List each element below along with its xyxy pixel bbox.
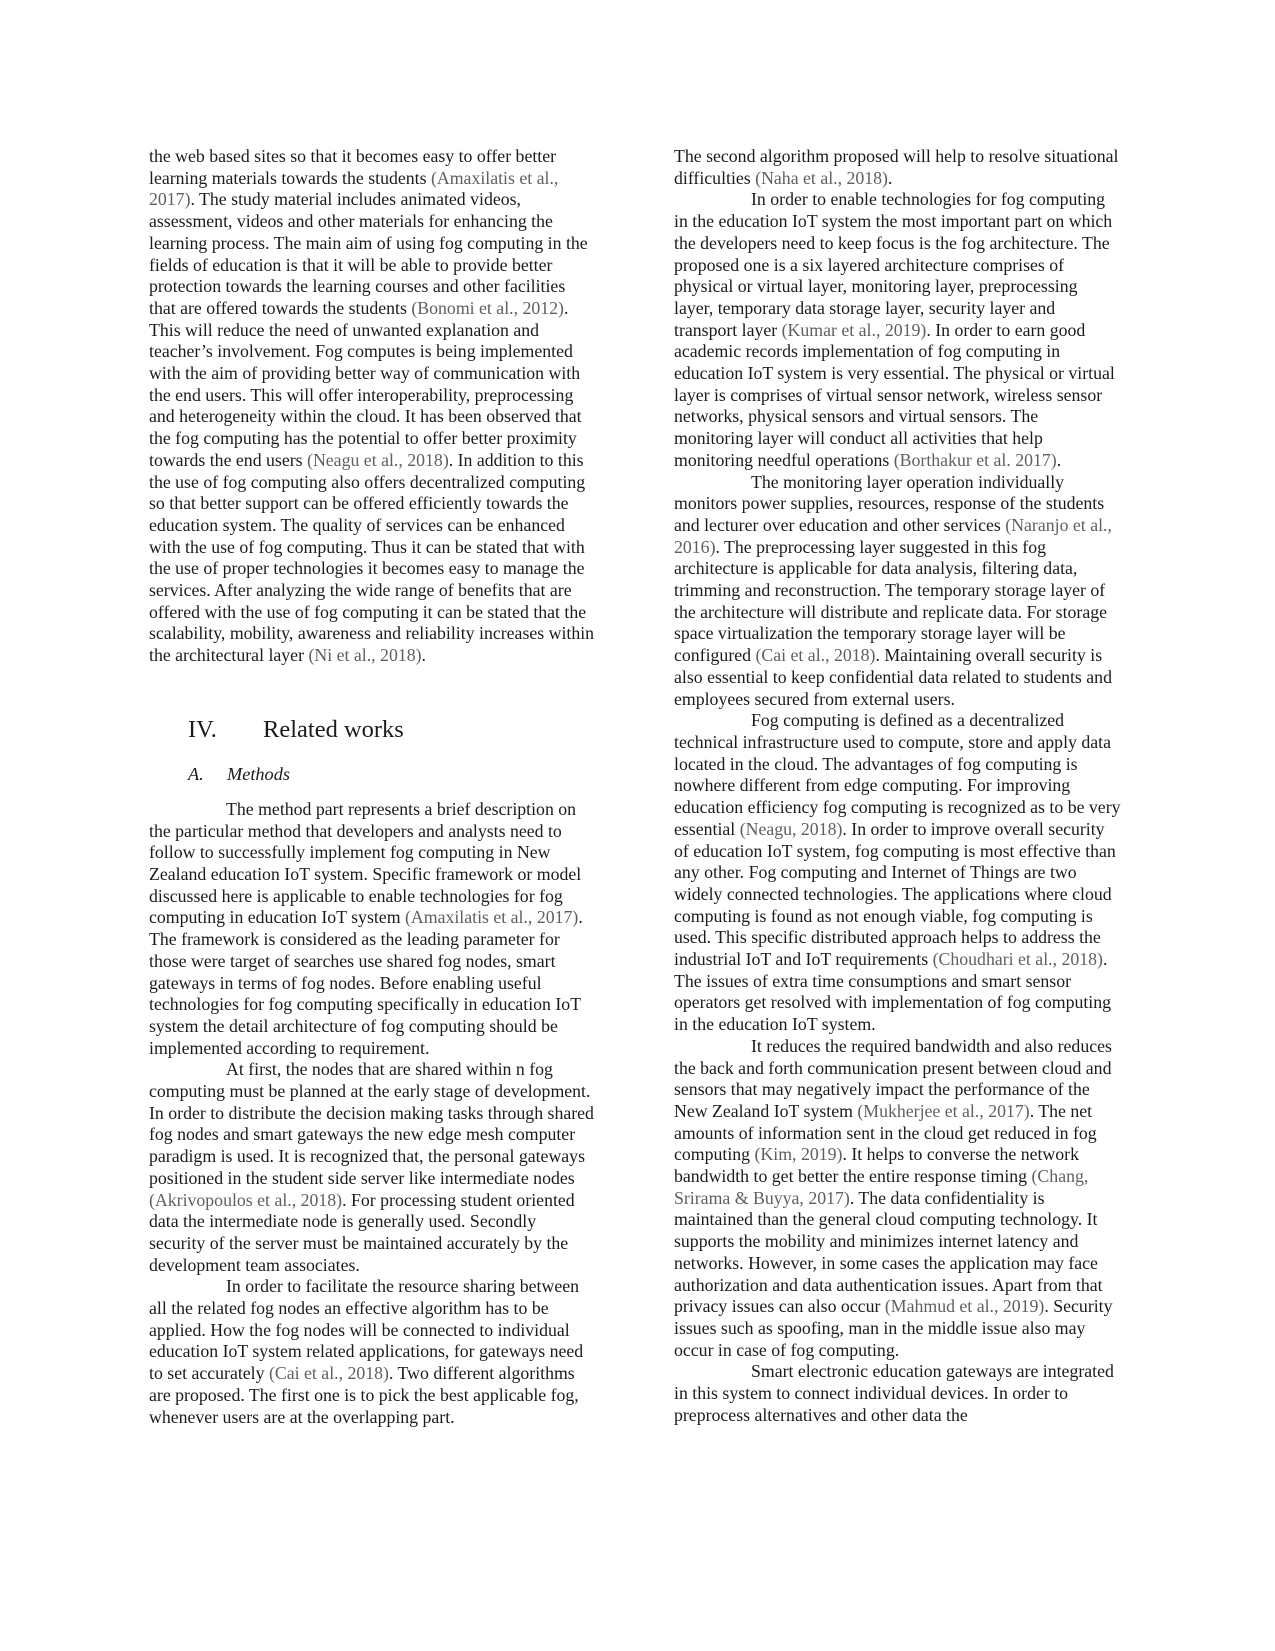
citation-link[interactable]: (Ni et al., 2018)	[308, 645, 421, 665]
paragraph: Fog computing is defined as a decentrali…	[674, 710, 1121, 1036]
text-run: .	[422, 645, 426, 665]
citation-link[interactable]: (Kumar et al., 2019)	[782, 320, 927, 340]
paragraph: In order to enable technologies for fog …	[674, 189, 1121, 471]
text-run: . In order to earn good academic records…	[674, 320, 1115, 470]
paragraph: The monitoring layer operation individua…	[674, 472, 1121, 711]
text-run: The second algorithm proposed will help …	[674, 146, 1118, 188]
citation-link[interactable]: (Cai et al., 2018)	[755, 645, 875, 665]
text-run: . In addition to this the use of fog com…	[149, 450, 594, 665]
left-column: the web based sites so that it becomes e…	[149, 146, 596, 1428]
citation-link[interactable]: (Borthakur et al. 2017)	[894, 450, 1057, 470]
citation-link[interactable]: (Mukherjee et al., 2017)	[857, 1101, 1029, 1121]
paragraph: the web based sites so that it becomes e…	[149, 146, 596, 667]
citation-link[interactable]: (Naha et al., 2018)	[755, 168, 888, 188]
section-number: IV.	[188, 715, 263, 745]
citation-link[interactable]: (Mahmud et al., 2019)	[885, 1296, 1045, 1316]
text-run: .	[888, 168, 892, 188]
citation-link[interactable]: (Amaxilatis et al., 2017)	[405, 907, 578, 927]
citation-link[interactable]: (Akrivopoulos et al., 2018)	[149, 1190, 342, 1210]
citation-link[interactable]: (Kim, 2019)	[755, 1144, 843, 1164]
document-page: the web based sites so that it becomes e…	[0, 0, 1275, 1651]
citation-link[interactable]: (Cai et al., 2018)	[269, 1363, 389, 1383]
paragraph: In order to facilitate the resource shar…	[149, 1276, 596, 1428]
subsection-heading: A.Methods	[149, 763, 596, 786]
text-run: . This will reduce the need of unwanted …	[149, 298, 582, 470]
subsection-title: Methods	[227, 764, 290, 784]
text-run: At first, the nodes that are shared with…	[149, 1059, 594, 1188]
text-run: In order to enable technologies for fog …	[674, 189, 1112, 339]
subsection-number: A.	[188, 763, 227, 786]
paragraph: Smart electronic education gateways are …	[674, 1361, 1121, 1426]
right-column: The second algorithm proposed will help …	[674, 146, 1121, 1428]
citation-link[interactable]: (Bonomi et al., 2012)	[411, 298, 564, 318]
text-run: . In order to improve overall security o…	[674, 819, 1116, 969]
text-run: .	[1057, 450, 1061, 470]
text-run: . The framework is considered as the lea…	[149, 907, 583, 1057]
citation-link[interactable]: (Choudhari et al., 2018)	[933, 949, 1103, 969]
text-run: Smart electronic education gateways are …	[674, 1361, 1114, 1424]
paragraph: It reduces the required bandwidth and al…	[674, 1036, 1121, 1362]
paragraph: The method part represents a brief descr…	[149, 799, 596, 1059]
two-column-layout: the web based sites so that it becomes e…	[149, 146, 1121, 1428]
paragraph: At first, the nodes that are shared with…	[149, 1059, 596, 1276]
citation-link[interactable]: (Neagu, 2018)	[740, 819, 843, 839]
citation-link[interactable]: (Neagu et al., 2018)	[307, 450, 449, 470]
section-title: Related works	[263, 716, 404, 743]
paragraph: The second algorithm proposed will help …	[674, 146, 1121, 189]
section-heading: IV.Related works	[149, 715, 596, 745]
